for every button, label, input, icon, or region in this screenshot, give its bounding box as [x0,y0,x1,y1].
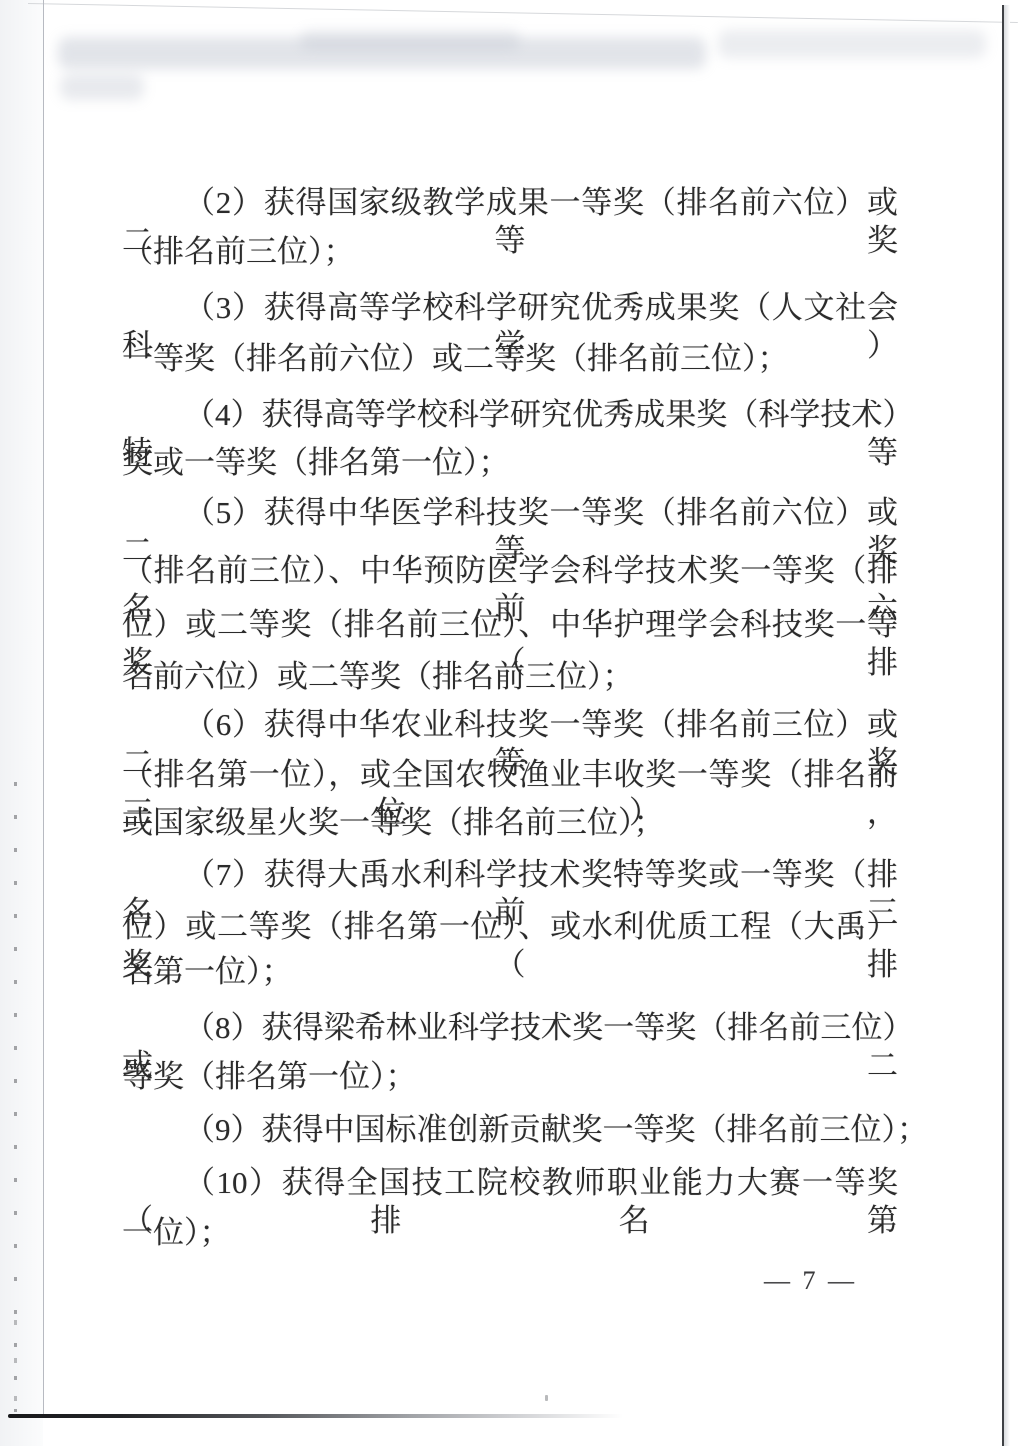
bleedthrough-smudge [718,30,986,58]
binding-marks [14,1320,17,1410]
scanned-page: （2）获得国家级教学成果一等奖（排名前六位）或二等奖 （排名前三位）； （3）获… [0,0,1024,1446]
bottom-scan-edge-line [8,1414,623,1418]
left-margin-shading [0,0,43,1446]
text-line: 奖或一等奖（排名第一位）； [122,444,898,482]
bleedthrough-smudge [300,30,520,50]
page-fold-line [43,0,44,1416]
text-line: 一等奖（排名前六位）或二等奖（排名前三位）； [122,340,898,378]
text-line: 名前六位）或二等奖（排名前三位）； [122,658,898,696]
text-line: 或国家级星火奖一等奖（排名前三位）； [122,804,898,842]
top-paper-edge-line [28,3,1018,23]
binding-marks [14,782,17,1412]
bleedthrough-smudge [60,74,144,100]
ink-speck [545,1395,548,1401]
page-number: — 7 — [764,1266,857,1296]
right-edge-halo [1004,5,1010,1446]
text-line: （9）获得中国标准创新贡献奖一等奖（排名前三位）； [122,1111,898,1149]
text-line: 一位）； [122,1214,898,1252]
text-line: （排名前三位）； [122,233,898,271]
text-line: 名第一位）； [122,953,898,991]
text-line: 等奖（排名第一位）； [122,1058,898,1096]
